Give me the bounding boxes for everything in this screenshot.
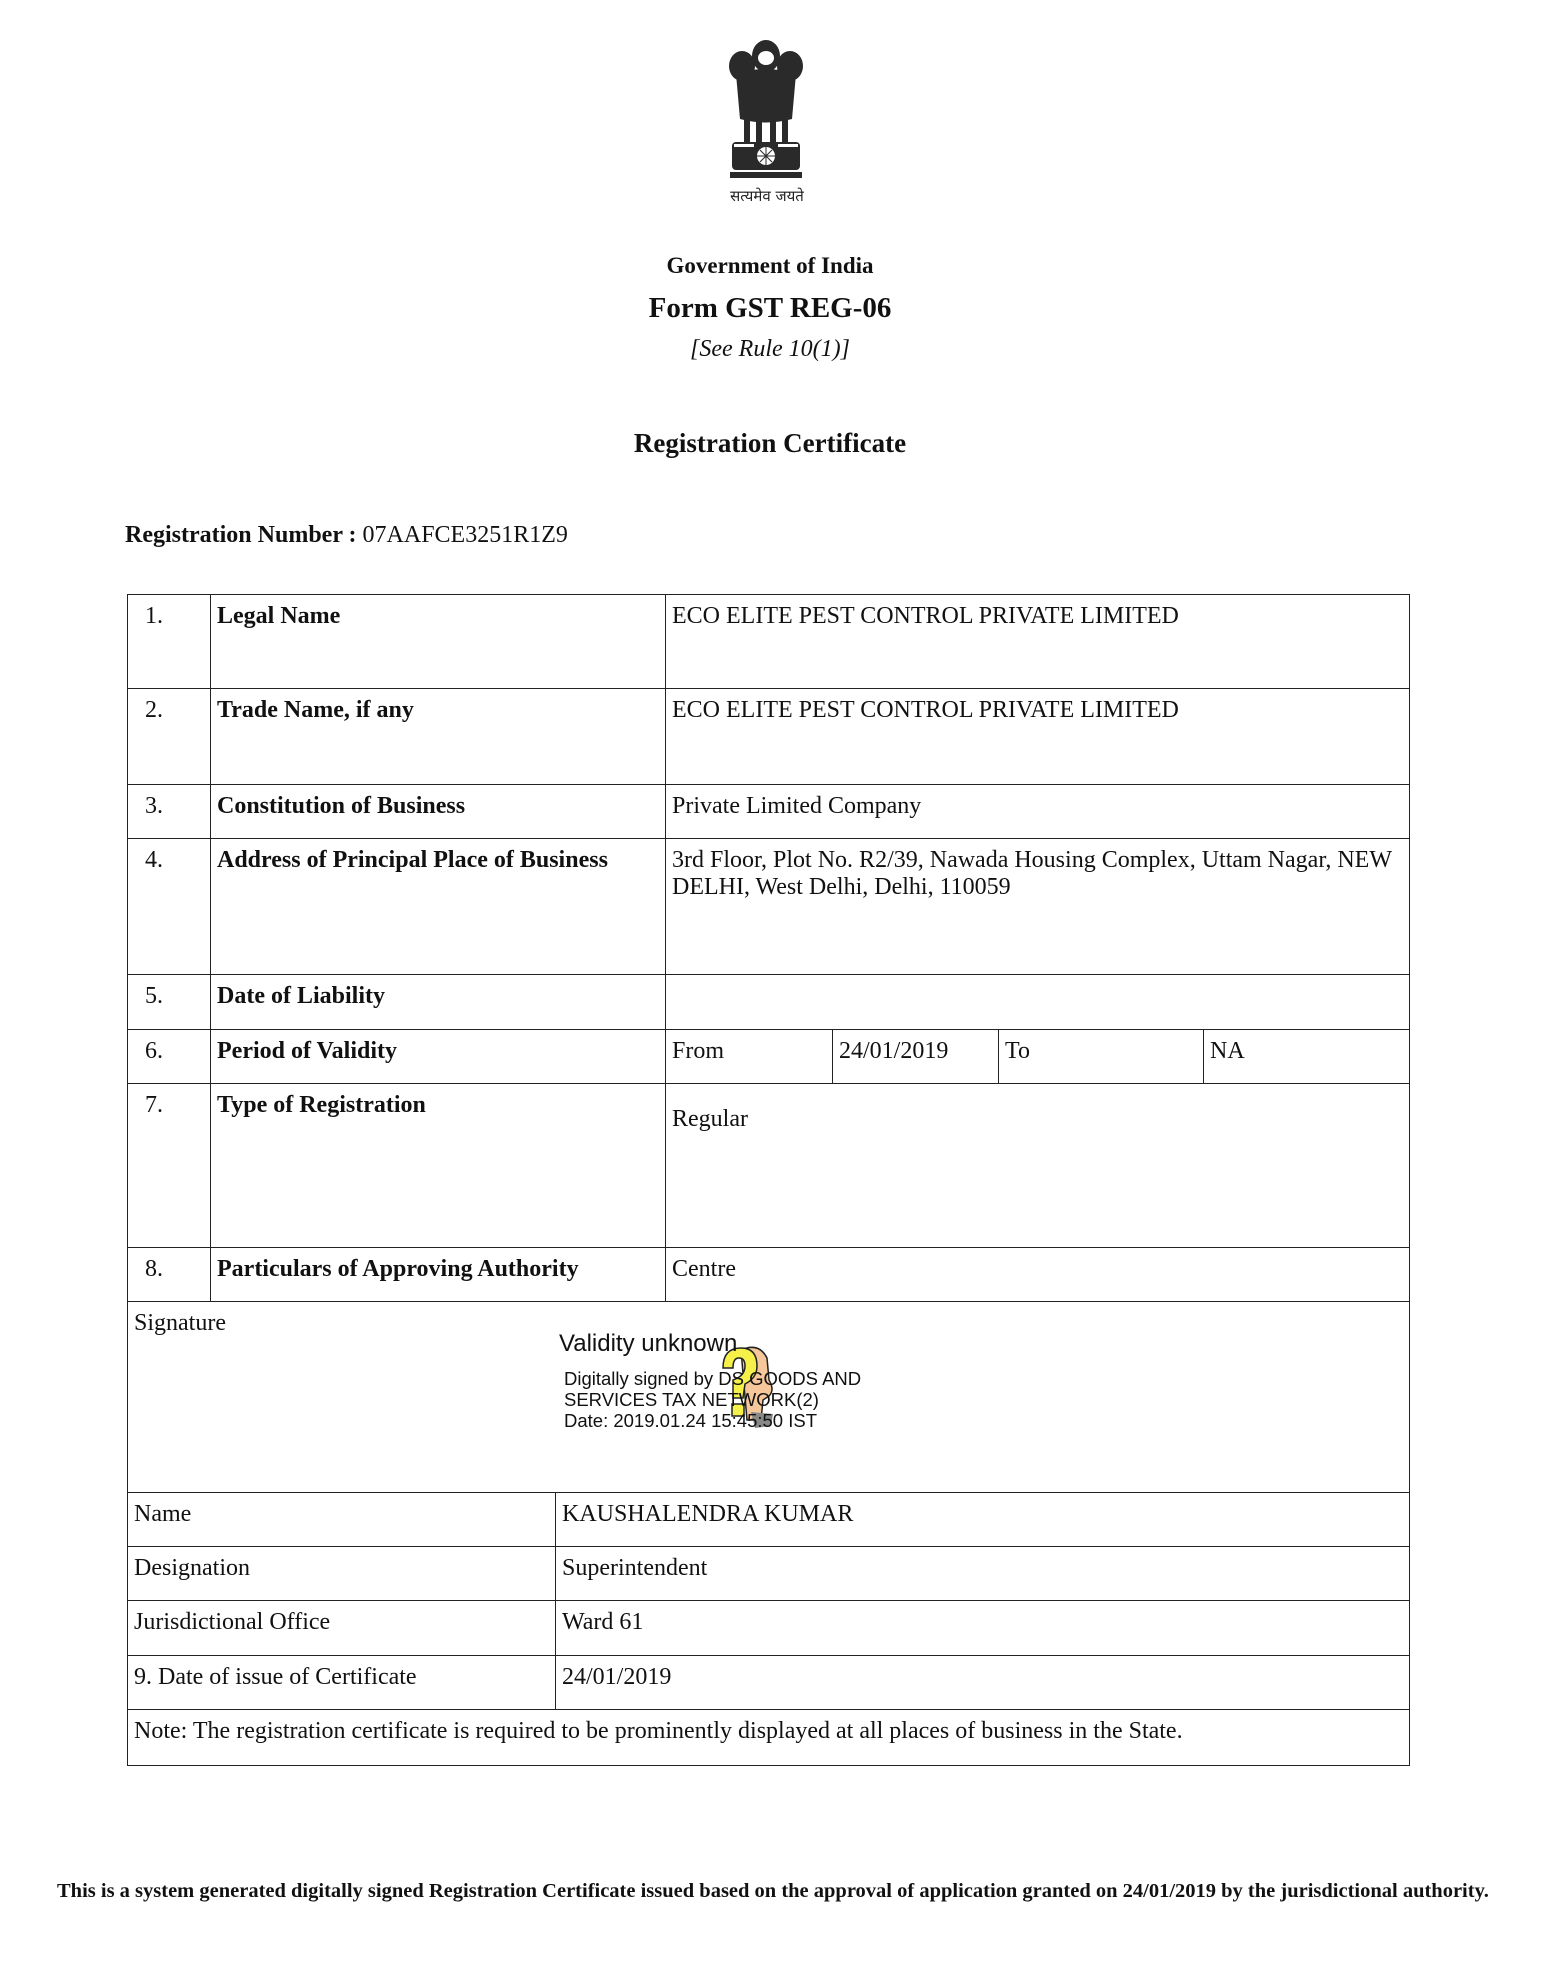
footer-statement: This is a system generated digitally sig… <box>57 1873 1517 1910</box>
registration-number-label: Registration Number : <box>125 522 357 548</box>
table-row: 3. Constitution of Business Private Limi… <box>128 785 1409 839</box>
address-value: 3rd Floor, Plot No. R2/39, Nawada Housin… <box>666 839 1409 974</box>
constitution-value: Private Limited Company <box>666 785 1409 838</box>
row-label: Date of Liability <box>211 975 666 1029</box>
rule-reference: [See Rule 10(1)] <box>0 336 1540 363</box>
certificate-title: Registration Certificate <box>0 428 1540 459</box>
table-row: Jurisdictional Office Ward 61 <box>128 1601 1409 1656</box>
table-row: 2. Trade Name, if any ECO ELITE PEST CON… <box>128 689 1409 785</box>
digital-signature[interactable]: Validity unknown Digitally signed by DS … <box>559 1330 919 1450</box>
officer-label: Name <box>128 1493 556 1546</box>
approving-authority-value: Centre <box>666 1248 1409 1301</box>
officer-name-value: KAUSHALENDRA KUMAR <box>556 1493 1409 1546</box>
row-number: 7. <box>128 1084 211 1247</box>
signature-row: Signature Validity unknown Digitally sig… <box>128 1302 1409 1493</box>
validity-to-label: To <box>999 1030 1204 1083</box>
row-number: 8. <box>128 1248 211 1301</box>
table-row: Designation Superintendent <box>128 1547 1409 1601</box>
row-label: Legal Name <box>211 595 666 688</box>
signature-cell: Signature Validity unknown Digitally sig… <box>128 1302 1409 1492</box>
national-emblem-icon <box>716 34 816 184</box>
trade-name-value: ECO ELITE PEST CONTROL PRIVATE LIMITED <box>666 689 1409 784</box>
validity-from-value: 24/01/2019 <box>833 1030 999 1083</box>
row-number: 3. <box>128 785 211 838</box>
government-title: Government of India <box>0 253 1540 279</box>
note-text: Note: The registration certificate is re… <box>128 1710 1409 1765</box>
row-label: Particulars of Approving Authority <box>211 1248 666 1301</box>
row-label: Address of Principal Place of Business <box>211 839 666 974</box>
jurisdictional-office-value: Ward 61 <box>556 1601 1409 1655</box>
certificate-table: 1. Legal Name ECO ELITE PEST CONTROL PRI… <box>127 594 1410 1766</box>
row-label: Constitution of Business <box>211 785 666 838</box>
registration-type-value: Regular <box>672 1106 748 1132</box>
table-row: 7. Type of Registration Regular <box>128 1084 1409 1248</box>
table-row: 8. Particulars of Approving Authority Ce… <box>128 1248 1409 1302</box>
registration-number: Registration Number : 07AAFCE3251R1Z9 <box>125 522 568 549</box>
officer-label: Designation <box>128 1547 556 1600</box>
table-row: 9. Date of issue of Certificate 24/01/20… <box>128 1656 1409 1710</box>
row-label: Period of Validity <box>211 1030 666 1083</box>
note-row: Note: The registration certificate is re… <box>128 1710 1409 1765</box>
registration-number-value: 07AAFCE3251R1Z9 <box>363 522 568 548</box>
row-number: 2. <box>128 689 211 784</box>
table-row: 6. Period of Validity From 24/01/2019 To… <box>128 1030 1409 1084</box>
designation-value: Superintendent <box>556 1547 1409 1600</box>
motto-text: सत्यमेव जयते <box>690 186 844 206</box>
row-label: Trade Name, if any <box>211 689 666 784</box>
row-number: 6. <box>128 1030 211 1083</box>
registration-type-cell: Regular <box>666 1084 1409 1247</box>
officer-label: Jurisdictional Office <box>128 1601 556 1655</box>
row-number: 4. <box>128 839 211 974</box>
signature-label: Signature <box>134 1310 226 1336</box>
validity-from-label: From <box>666 1030 833 1083</box>
table-row: Name KAUSHALENDRA KUMAR <box>128 1493 1409 1547</box>
officer-label: 9. Date of issue of Certificate <box>128 1656 556 1709</box>
row-number: 1. <box>128 595 211 688</box>
table-row: 5. Date of Liability <box>128 975 1409 1030</box>
row-number: 5. <box>128 975 211 1029</box>
issue-date-value: 24/01/2019 <box>556 1656 1409 1709</box>
table-row: 1. Legal Name ECO ELITE PEST CONTROL PRI… <box>128 595 1409 689</box>
legal-name-value: ECO ELITE PEST CONTROL PRIVATE LIMITED <box>666 595 1409 688</box>
validity-to-value: NA <box>1204 1030 1409 1083</box>
form-title: Form GST REG-06 <box>0 292 1540 325</box>
signature-validity: Validity unknown <box>559 1330 737 1357</box>
signature-details: Digitally signed by DS GOODS AND SERVICE… <box>564 1368 861 1431</box>
row-label: Type of Registration <box>211 1084 666 1247</box>
date-of-liability-value <box>666 975 1409 1029</box>
table-row: 4. Address of Principal Place of Busines… <box>128 839 1409 975</box>
